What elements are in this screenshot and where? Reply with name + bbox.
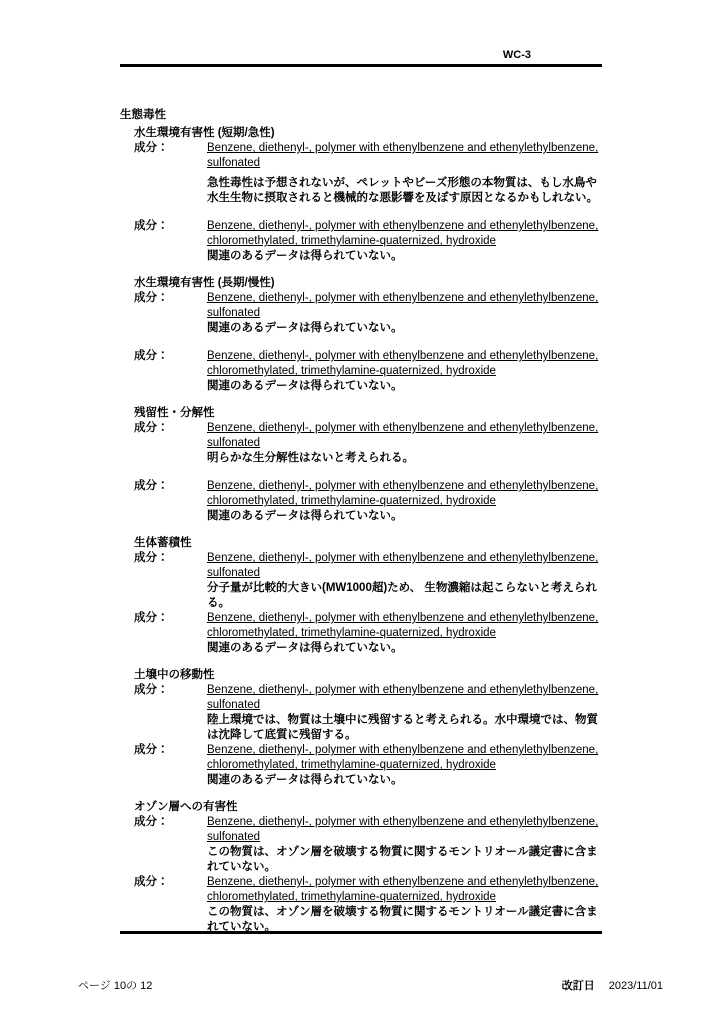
component-label: 成分：	[134, 551, 207, 566]
chemical-name: Benzene, diethenyl-, polymer with etheny…	[207, 743, 602, 773]
component-note: この物質は、オゾン層を破壊する物質に関するモントリオール議定書に含まれていない。	[207, 845, 602, 875]
component-label: 成分：	[134, 815, 207, 830]
component-note: 関連のあるデータは得られていない。	[207, 321, 602, 336]
chemical-name: Benzene, diethenyl-, polymer with etheny…	[207, 219, 602, 249]
chemical-name: Benzene, diethenyl-, polymer with etheny…	[207, 875, 602, 905]
component-label: 成分：	[134, 141, 207, 156]
revision-info: 改訂日2023/11/01	[562, 979, 663, 994]
component-label: 成分：	[134, 219, 207, 234]
ecotoxicity-section: 土壌中の移動性 成分： Benzene, diethenyl-, polymer…	[120, 668, 602, 788]
component-body: Benzene, diethenyl-, polymer with etheny…	[207, 743, 602, 788]
component-label: 成分：	[134, 291, 207, 306]
document-page: WC-3 生態毒性 水生環境有害性 (短期/急性) 成分： Benzene, d…	[0, 0, 724, 1024]
section-heading: オゾン層への有害性	[134, 800, 602, 815]
document-content: 生態毒性 水生環境有害性 (短期/急性) 成分： Benzene, diethe…	[120, 108, 602, 935]
ecotoxicity-section: オゾン層への有害性 成分： Benzene, diethenyl-, polym…	[120, 800, 602, 935]
footer-rule	[120, 931, 602, 934]
section-components: 成分： Benzene, diethenyl-, polymer with et…	[120, 683, 602, 788]
component-note: 関連のあるデータは得られていない。	[207, 641, 602, 656]
component-row: 成分： Benzene, diethenyl-, polymer with et…	[120, 479, 602, 524]
component-note: 明らかな生分解性はないと考えられる。	[207, 451, 602, 466]
component-row: 成分： Benzene, diethenyl-, polymer with et…	[120, 815, 602, 875]
page-title: 生態毒性	[120, 108, 602, 123]
section-heading: 水生環境有害性 (短期/急性)	[134, 126, 602, 141]
page-footer: ページ 10の 12 改訂日2023/11/01	[78, 979, 663, 994]
chemical-name: Benzene, diethenyl-, polymer with etheny…	[207, 611, 602, 641]
component-note: 関連のあるデータは得られていない。	[207, 379, 602, 394]
component-note: 関連のあるデータは得られていない。	[207, 249, 602, 264]
component-row: 成分： Benzene, diethenyl-, polymer with et…	[120, 141, 602, 206]
section-heading: 土壌中の移動性	[134, 668, 602, 683]
component-body: Benzene, diethenyl-, polymer with etheny…	[207, 611, 602, 656]
component-body: Benzene, diethenyl-, polymer with etheny…	[207, 141, 602, 206]
component-row: 成分： Benzene, diethenyl-, polymer with et…	[120, 219, 602, 264]
section-components: 成分： Benzene, diethenyl-, polymer with et…	[120, 141, 602, 264]
section-components: 成分： Benzene, diethenyl-, polymer with et…	[120, 815, 602, 935]
header-rule	[120, 64, 602, 67]
component-body: Benzene, diethenyl-, polymer with etheny…	[207, 875, 602, 935]
component-label: 成分：	[134, 743, 207, 758]
document-code: WC-3	[120, 48, 602, 63]
section-heading: 生体蓄積性	[134, 536, 602, 551]
chemical-name: Benzene, diethenyl-, polymer with etheny…	[207, 421, 602, 451]
component-body: Benzene, diethenyl-, polymer with etheny…	[207, 421, 602, 466]
component-note: 分子量が比較的大きい(MW1000超)ため、 生物濃縮は起こらないと考えられる。	[207, 581, 602, 611]
component-row: 成分： Benzene, diethenyl-, polymer with et…	[120, 349, 602, 394]
component-row: 成分： Benzene, diethenyl-, polymer with et…	[120, 291, 602, 336]
section-components: 成分： Benzene, diethenyl-, polymer with et…	[120, 551, 602, 656]
component-body: Benzene, diethenyl-, polymer with etheny…	[207, 683, 602, 743]
chemical-name: Benzene, diethenyl-, polymer with etheny…	[207, 683, 602, 713]
component-body: Benzene, diethenyl-, polymer with etheny…	[207, 479, 602, 524]
component-body: Benzene, diethenyl-, polymer with etheny…	[207, 291, 602, 336]
section-components: 成分： Benzene, diethenyl-, polymer with et…	[120, 291, 602, 394]
ecotoxicity-section: 残留性・分解性 成分： Benzene, diethenyl-, polymer…	[120, 406, 602, 524]
revision-date-label: 改訂日	[562, 980, 595, 992]
chemical-name: Benzene, diethenyl-, polymer with etheny…	[207, 815, 602, 845]
component-note: 関連のあるデータは得られていない。	[207, 509, 602, 524]
component-row: 成分： Benzene, diethenyl-, polymer with et…	[120, 611, 602, 656]
component-row: 成分： Benzene, diethenyl-, polymer with et…	[120, 875, 602, 935]
ecotoxicity-section: 生体蓄積性 成分： Benzene, diethenyl-, polymer w…	[120, 536, 602, 656]
chemical-name: Benzene, diethenyl-, polymer with etheny…	[207, 291, 602, 321]
page-number-label: ページ 10の 12	[78, 979, 152, 994]
component-row: 成分： Benzene, diethenyl-, polymer with et…	[120, 551, 602, 611]
component-label: 成分：	[134, 683, 207, 698]
component-row: 成分： Benzene, diethenyl-, polymer with et…	[120, 683, 602, 743]
sections-container: 水生環境有害性 (短期/急性) 成分： Benzene, diethenyl-,…	[120, 126, 602, 935]
component-label: 成分：	[134, 349, 207, 364]
section-heading: 水生環境有害性 (長期/慢性)	[134, 276, 602, 291]
chemical-name: Benzene, diethenyl-, polymer with etheny…	[207, 551, 602, 581]
component-label: 成分：	[134, 421, 207, 436]
component-label: 成分：	[134, 611, 207, 626]
chemical-name: Benzene, diethenyl-, polymer with etheny…	[207, 349, 602, 379]
component-body: Benzene, diethenyl-, polymer with etheny…	[207, 551, 602, 611]
section-components: 成分： Benzene, diethenyl-, polymer with et…	[120, 421, 602, 524]
component-note: 関連のあるデータは得られていない。	[207, 773, 602, 788]
component-body: Benzene, diethenyl-, polymer with etheny…	[207, 349, 602, 394]
section-heading: 残留性・分解性	[134, 406, 602, 421]
revision-date-value: 2023/11/01	[609, 980, 663, 992]
component-row: 成分： Benzene, diethenyl-, polymer with et…	[120, 743, 602, 788]
page-header: WC-3	[120, 48, 602, 67]
ecotoxicity-section: 水生環境有害性 (短期/急性) 成分： Benzene, diethenyl-,…	[120, 126, 602, 264]
component-label: 成分：	[134, 479, 207, 494]
component-note: 陸上環境では、物質は土壌中に残留すると考えられる。水中環境では、物質は沈降して底…	[207, 713, 602, 743]
component-row: 成分： Benzene, diethenyl-, polymer with et…	[120, 421, 602, 466]
chemical-name: Benzene, diethenyl-, polymer with etheny…	[207, 141, 602, 171]
ecotoxicity-section: 水生環境有害性 (長期/慢性) 成分： Benzene, diethenyl-,…	[120, 276, 602, 394]
component-label: 成分：	[134, 875, 207, 890]
component-note: 急性毒性は予想されないが、ペレットやビーズ形態の本物質は、もし水鳥や水生生物に摂…	[207, 176, 602, 206]
chemical-name: Benzene, diethenyl-, polymer with etheny…	[207, 479, 602, 509]
component-body: Benzene, diethenyl-, polymer with etheny…	[207, 219, 602, 264]
component-body: Benzene, diethenyl-, polymer with etheny…	[207, 815, 602, 875]
